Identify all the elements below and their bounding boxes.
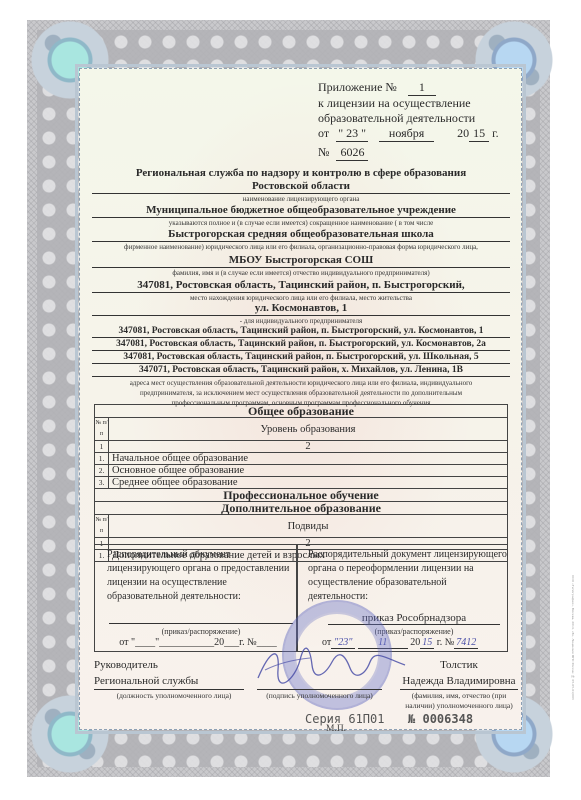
form-series-value: 61П01: [348, 712, 384, 726]
reissue-text-line: Распорядительный документ лицензирующего: [308, 548, 507, 562]
annex-year-suffix: 15: [469, 126, 489, 142]
reissue-year-prefix: 20: [410, 637, 420, 648]
grant-text-line: лицензирующего органа о предоставлении: [107, 562, 289, 576]
licensee-address-2: ул. Космонавтов, 1: [92, 302, 510, 316]
licensor-name-2: Ростовской области: [92, 180, 510, 194]
licensee-short-name: МБОУ Быстрогорская СОШ: [92, 254, 510, 268]
additional-education-heading: Дополнительное образование: [95, 502, 508, 515]
form-number-value: 0006348: [422, 712, 473, 726]
annex-line: образовательной деятельности: [318, 111, 538, 126]
grant-decision-box: Распорядительный документ лицензирующего…: [94, 544, 297, 652]
reissue-number: 7412: [454, 637, 478, 649]
licensee-name-1: Муниципальное бюджетное общеобразователь…: [92, 204, 510, 218]
signature-caption: (подпись уполномоченного лица): [257, 691, 382, 700]
col-index: 1: [95, 441, 109, 453]
grant-decision-text: Распорядительный документ лицензирующего…: [107, 548, 289, 604]
location-address: 347081, Ростовская область, Тацинский ра…: [92, 325, 510, 338]
signatory-given-names: Надежда Владимировна: [400, 673, 518, 690]
grant-document-caption: (приказ/распоряжение): [109, 627, 293, 636]
location-address: 347081, Ростовская область, Тацинский ра…: [92, 351, 510, 364]
row-label: Основное общее образование: [109, 465, 508, 477]
table-row: 3. Среднее общее образование: [95, 477, 508, 489]
location-address: 347081, Ростовская область, Тацинский ра…: [92, 338, 510, 351]
grant-text-line: Распорядительный документ: [107, 548, 289, 562]
annex-header: Приложение № 1 к лицензии на осуществлен…: [318, 80, 538, 161]
signatory-surname: Толстик: [400, 657, 518, 673]
licensee-caption-5: - для индивидуального предпринимателя: [92, 317, 510, 325]
license-number: 6026: [336, 145, 368, 161]
grant-text-line: образовательной деятельности:: [107, 590, 289, 604]
locations-caption-line: адреса мест осуществления образовательно…: [92, 378, 510, 388]
annex-month: ноября: [379, 126, 434, 142]
signatory-position: Руководитель Региональной службы: [94, 657, 244, 690]
annex-year-prefix: 20: [457, 126, 469, 140]
name-caption-line: наличии) уполномоченного лица): [400, 701, 518, 711]
row-number: 1.: [95, 453, 109, 465]
name-caption: (фамилия, имя, отчество (при наличии) уп…: [400, 691, 518, 711]
form-number-label: №: [408, 712, 415, 726]
licensee-address-1: 347081, Ростовская область, Тацинский ра…: [92, 279, 510, 293]
row-number: 3.: [95, 477, 109, 489]
licensor-name-1: Региональная служба по надзору и контрол…: [92, 167, 510, 180]
professional-training-heading: Профессиональное обучение: [95, 489, 508, 502]
grant-text-line: лицензии на осуществление: [107, 576, 289, 590]
col-number-header: № п/п: [95, 418, 109, 441]
licensee-caption-4: место нахождения юридического лица или е…: [92, 294, 510, 302]
seal-placeholder: М.П.: [326, 724, 346, 734]
row-label: Начальное общее образование: [109, 453, 508, 465]
position-caption: (должность уполномоченного лица): [94, 691, 254, 700]
education-levels-table: Общее образование № п/п Уровень образова…: [94, 404, 508, 562]
annex-day: " 23 ": [336, 126, 368, 142]
annex-number: 1: [408, 80, 436, 96]
signatory-position-line: Руководитель: [94, 657, 244, 673]
col-number-header: № п/п: [95, 515, 109, 538]
form-number: № 0006348: [408, 712, 473, 726]
annex-title: Приложение №: [318, 80, 397, 94]
row-number: 2.: [95, 465, 109, 477]
reissue-decision-text: Распорядительный документ лицензирующего…: [308, 548, 507, 604]
locations-caption-line: предпринимателя, за исключением мест осу…: [92, 388, 510, 398]
signature-line: [257, 689, 382, 690]
reissue-year-suffix: 15: [420, 637, 434, 649]
licensee-caption-1: указываются полное и (в случае если имее…: [92, 219, 510, 227]
licensor-caption: наименование лицензирующего органа: [92, 195, 510, 203]
reissue-text-line: органа о переоформлении лицензии на: [308, 562, 507, 576]
signatory-position-line: Региональной службы: [94, 673, 244, 690]
annex-from-label: от: [318, 126, 329, 140]
name-caption-line: (фамилия, имя, отчество (при: [400, 691, 518, 701]
signature: [250, 640, 410, 685]
general-education-heading: Общее образование: [95, 405, 508, 418]
col-level-header: Уровень образования: [109, 418, 508, 441]
side-microprint: ООО «Типография», Москва, 2014, «Б», Лиц…: [567, 575, 575, 715]
license-number-label: №: [318, 145, 329, 159]
licensee-caption-3: фамилия, имя и (в случае если имеется) о…: [92, 269, 510, 277]
col-index: 2: [109, 441, 508, 453]
table-row: 1. Начальное общее образование: [95, 453, 508, 465]
row-label: Среднее общее образование: [109, 477, 508, 489]
location-address: 347071, Ростовская область, Тацинский ра…: [92, 364, 510, 377]
col-subtype-header: Подвиды: [109, 515, 508, 538]
annex-line: к лицензии на осуществление: [318, 96, 538, 111]
reissue-number-label: г. №: [437, 637, 455, 648]
licensee-caption-2: фирменное наименование) юридического лиц…: [92, 243, 510, 251]
signatory-name: Толстик Надежда Владимировна: [400, 657, 518, 690]
licensee-name-2: Быстрогорская средняя общеобразовательна…: [92, 228, 510, 242]
grant-document-line: [109, 623, 293, 624]
table-row: 2. Основное общее образование: [95, 465, 508, 477]
annex-year-unit: г.: [492, 126, 499, 140]
